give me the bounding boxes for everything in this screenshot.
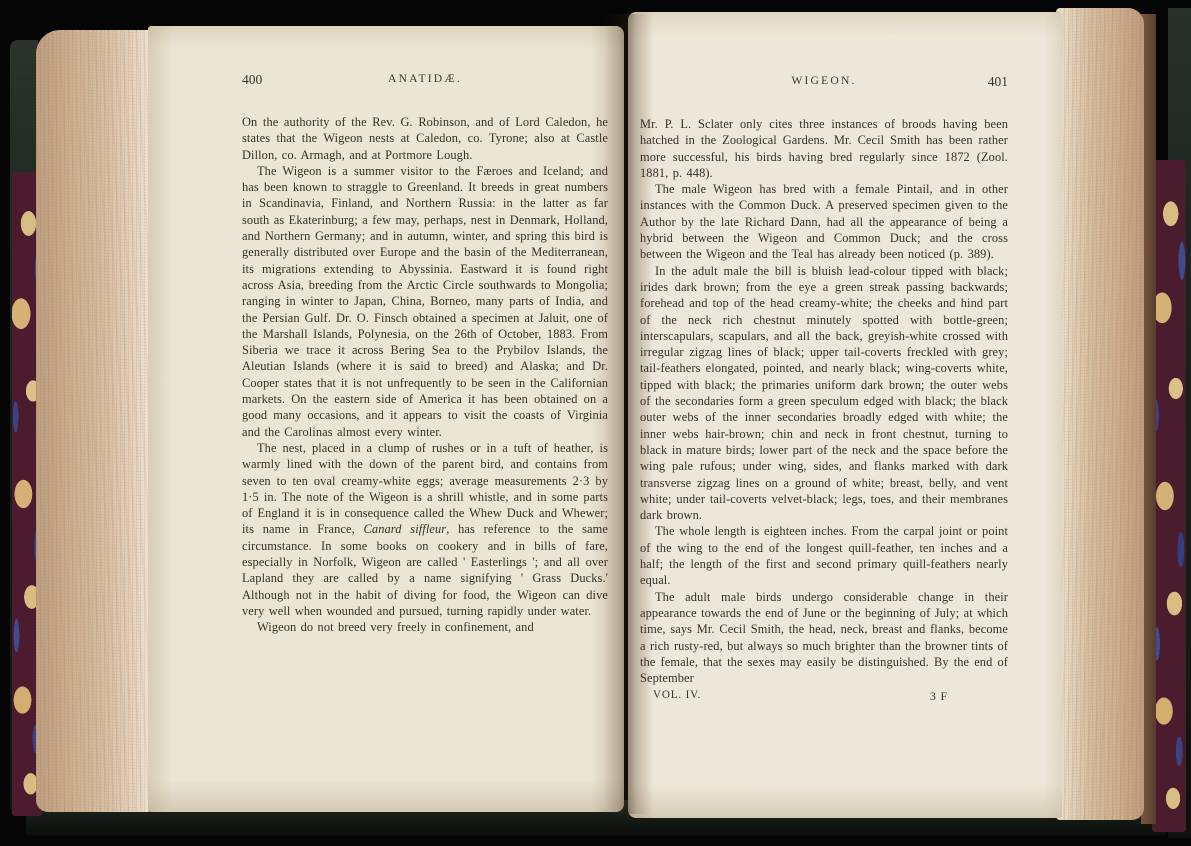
right-header-row: WIGEON. 401 — [640, 74, 1008, 91]
body-text-right: Mr. P. L. Sclater only cites three insta… — [640, 116, 1008, 686]
page-fore-edges-left — [36, 30, 152, 812]
running-header-right: WIGEON. — [640, 74, 1008, 87]
footer-volume: VOL. IV. — [653, 689, 701, 701]
paragraph: The Wigeon is a summer visitor to the Fæ… — [242, 163, 608, 440]
paragraph: The male Wigeon has bred with a female P… — [640, 181, 1008, 262]
paragraph: In the adult male the bill is bluish lea… — [640, 263, 1008, 524]
right-footer-row: VOL. IV. 3 F — [640, 689, 1008, 705]
text-run: Wigeon do not breed very freely in confi… — [257, 620, 534, 634]
italic-text-run: Canard siffleur — [364, 522, 447, 536]
text-run: The whole length is eighteen inches. Fro… — [640, 524, 1008, 587]
paragraph: The whole length is eighteen inches. Fro… — [640, 523, 1008, 588]
paragraph: On the authority of the Rev. G. Robinson… — [242, 114, 608, 163]
left-page: 400 ANATIDÆ. On the authority of the Rev… — [148, 26, 624, 812]
text-run: In the adult male the bill is bluish lea… — [640, 264, 1008, 522]
page-number-right: 401 — [988, 74, 1008, 90]
text-run: Mr. P. L. Sclater only cites three insta… — [640, 117, 1008, 180]
page-fore-edges-right — [1056, 8, 1144, 820]
marbled-endpaper-right — [1152, 160, 1186, 832]
left-text-block: 400 ANATIDÆ. On the authority of the Rev… — [242, 72, 608, 636]
page-number-left: 400 — [242, 72, 262, 88]
left-header-row: 400 ANATIDÆ. — [242, 72, 608, 89]
book-spread-photo: { "book": { "left_page": { "page_number"… — [0, 0, 1191, 846]
paragraph: Mr. P. L. Sclater only cites three insta… — [640, 116, 1008, 181]
text-run: The adult male birds undergo considerabl… — [640, 590, 1008, 685]
text-run: On the authority of the Rev. G. Robinson… — [242, 115, 608, 162]
footer-signature-mark: 3 F — [930, 689, 948, 704]
text-run: The Wigeon is a summer visitor to the Fæ… — [242, 164, 608, 439]
text-run: The male Wigeon has bred with a female P… — [640, 182, 1008, 261]
paragraph: The adult male birds undergo considerabl… — [640, 589, 1008, 687]
paragraph: The nest, placed in a clump of rushes or… — [242, 440, 608, 619]
running-header-left: ANATIDÆ. — [242, 72, 608, 85]
text-run: , has reference to the same circumstance… — [242, 522, 608, 617]
paragraph: Wigeon do not breed very freely in confi… — [242, 619, 608, 635]
right-page: WIGEON. 401 Mr. P. L. Sclater only cites… — [628, 12, 1062, 818]
body-text-left: On the authority of the Rev. G. Robinson… — [242, 114, 608, 636]
right-text-block: WIGEON. 401 Mr. P. L. Sclater only cites… — [640, 74, 1008, 705]
